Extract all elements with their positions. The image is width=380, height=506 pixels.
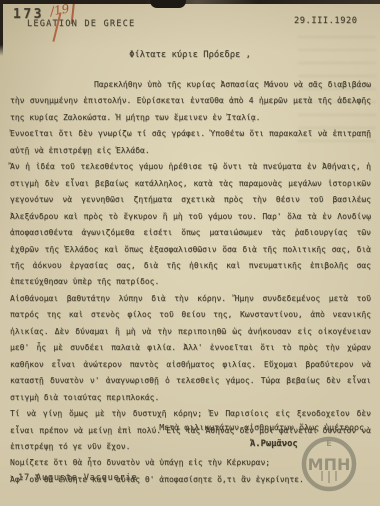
letterhead: LEGATION DE GRECE [27,19,135,29]
paragraph: Παρεκλήθην ὑπὸ τῆς κυρίας Ἀσπασίας Μάνου… [10,77,371,126]
salutation: Φίλτατε κύριε Πρόεδρε , [0,50,380,60]
paragraph: Ἂν ἡ ἰδέα τοῦ τελεσθέντος γάμου ἠρέθισε … [10,159,371,291]
scan-edge-top [0,0,380,4]
museum-stamp-icon: ΜΠΗ Ε [300,435,358,493]
paragraph: Αἰσθάνομαι βαθυτάτην λύπην διὰ τὴν κόρην… [10,291,371,406]
closing-line: Μετὰ φιλικωτάτων αἰσθημάτων ὅλως ὑμέτερο… [159,422,364,432]
letter-date: 29.III.1920 [294,16,358,26]
stamp-top-letter: Ε [326,439,331,448]
scanned-letter-page: 173 /19 LEGATION DE GRECE 29.III.1920 Φί… [0,0,380,506]
museum-stamp: ΜΠΗ Ε [300,435,358,497]
sender-address: 17 Auguste Vacquerie [18,473,137,483]
signature: Ἀ.Ρωμᾶνος [250,439,298,449]
scan-edge-left [0,0,3,56]
paragraph: Ἐννοεῖται ὅτι δὲν γνωρίζω τί σᾶς γράφει.… [10,126,371,159]
scan-edge-blob [150,0,186,8]
